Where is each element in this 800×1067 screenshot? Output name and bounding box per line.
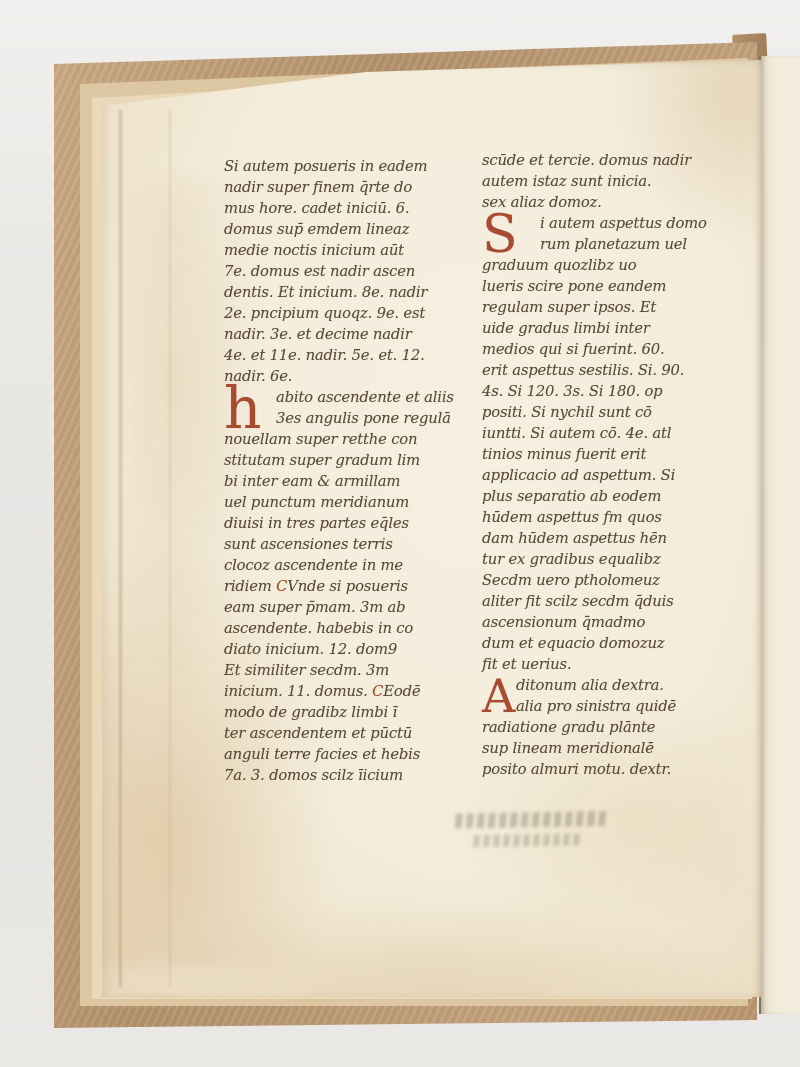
text-line: uel punctum meridianum (224, 492, 482, 513)
text-line: medios qui si fuerint. 60. (482, 339, 750, 360)
text-line: ridiem CVnde si posueris (224, 576, 482, 597)
rubric-initial: S (482, 211, 540, 253)
text-line: sex aliaz domoz. (482, 192, 750, 213)
text-line: stitutam super gradum lim (224, 450, 482, 471)
text-line: Et similiter secdm. 3m (224, 660, 482, 681)
text-line: diuisi in tres partes eq̄les (224, 513, 482, 534)
text-line: ditonum alia dextra. (482, 675, 750, 696)
text-line: ascensionum q̄madmo (482, 612, 750, 633)
faded-stamp-line (473, 833, 582, 847)
text-line: tinios minus fuerit erit (482, 444, 750, 465)
text-line: nadir. 3e. et decime nadir (224, 324, 482, 345)
photo-canvas: Si autem posueris in eademnadir super fi… (0, 0, 800, 1067)
rubric-initial: h (224, 383, 276, 425)
text-line: sunt ascensiones terris (224, 534, 482, 555)
page-crease (168, 110, 172, 987)
text-line: ter ascendentem et pūctū (224, 723, 482, 744)
text-line: regulam super ipsos. Et (482, 297, 750, 318)
text-line: applicacio ad aspettum. Si (482, 465, 750, 486)
text-line: diato inicium. 12. dom9 (224, 639, 482, 660)
manuscript-page: Si autem posueris in eademnadir super fi… (102, 60, 762, 997)
text-line: nouellam super retthe con (224, 429, 482, 450)
text-line: eam super p̄mam. 3m ab (224, 597, 482, 618)
rubric-initial: A (482, 673, 516, 715)
text-line: aliter fit scilz secdm q̄duis (482, 591, 750, 612)
text-line: dum et equacio domozuz (482, 633, 750, 654)
paragraph: Aditonum alia dextra.alia pro sinistra q… (482, 675, 750, 780)
text-line: 4e. et 11e. nadir. 5e. et. 12. (224, 345, 482, 366)
text-line: domus sup̄ emdem lineaz (224, 219, 482, 240)
paragraph: Si autem aspettus domorum planetazum uel… (482, 213, 750, 675)
text-line: Si autem posueris in eadem (224, 156, 482, 177)
text-line: dam hūdem aspettus hēn (482, 528, 750, 549)
page-crease (118, 110, 123, 987)
text-line: 4s. Si 120. 3s. Si 180. op (482, 381, 750, 402)
text-line: 7a. 3. domos scilz īicium (224, 765, 482, 786)
text-column-right: scūde et tercie. domus nadirautem istaz … (482, 150, 750, 780)
text-line: scūde et tercie. domus nadir (482, 150, 750, 171)
rubric-paraph: C (372, 683, 383, 700)
text-column-left: Si autem posueris in eademnadir super fi… (224, 156, 482, 786)
text-line: ascendente. habebis in co (224, 618, 482, 639)
text-line: erit aspettus sestilis. Si. 90. (482, 360, 750, 381)
text-line: alia pro sinistra quidē (482, 696, 750, 717)
text-line: graduum quozlibz uo (482, 255, 750, 276)
text-line: anguli terre facies et hebis (224, 744, 482, 765)
text-line: inicium. 11. domus. CEodē (224, 681, 482, 702)
text-line: posito almuri motu. dextr. (482, 759, 750, 780)
paragraph: scūde et tercie. domus nadirautem istaz … (482, 150, 750, 213)
faded-stamp-line (455, 811, 607, 829)
facing-page-edge (759, 56, 800, 1014)
manuscript-book: Si autem posueris in eademnadir super fi… (50, 40, 762, 1035)
paragraph: habito ascendente et aliis3es angulis po… (224, 387, 482, 786)
text-line: autem istaz sunt inicia. (482, 171, 750, 192)
text-line: lueris scire pone eandem (482, 276, 750, 297)
text-line: tur ex gradibus equalibz (482, 549, 750, 570)
faded-stamp (452, 810, 637, 861)
text-line: dentis. Et inicium. 8e. nadir (224, 282, 482, 303)
paragraph: Si autem posueris in eademnadir super fi… (224, 156, 482, 387)
text-line: radiatione gradu plānte (482, 717, 750, 738)
text-line: 7e. domus est nadir ascen (224, 261, 482, 282)
text-line: nadir super finem q̄rte do (224, 177, 482, 198)
text-line: uide gradus limbi inter (482, 318, 750, 339)
text-line: bi inter eam & armillam (224, 471, 482, 492)
text-line: fit et uerius. (482, 654, 750, 675)
text-line: hūdem aspettus fm quos (482, 507, 750, 528)
rubric-paraph: C (276, 578, 287, 595)
text-line: positi. Si nychil sunt cō (482, 402, 750, 423)
text-line: 2e. pncipium quoqz. 9e. est (224, 303, 482, 324)
text-line: sup lineam meridionalē (482, 738, 750, 759)
text-line: plus separatio ab eodem (482, 486, 750, 507)
text-line: clocoz ascendente in me (224, 555, 482, 576)
text-line: medie noctis inicium aūt (224, 240, 482, 261)
text-line: iuntti. Si autem cō. 4e. atl (482, 423, 750, 444)
text-line: modo de gradibz limbi ī (224, 702, 482, 723)
text-line: mus hore. cadet iniciū. 6. (224, 198, 482, 219)
text-line: Secdm uero ptholomeuz (482, 570, 750, 591)
parchment-stain (152, 903, 732, 1003)
